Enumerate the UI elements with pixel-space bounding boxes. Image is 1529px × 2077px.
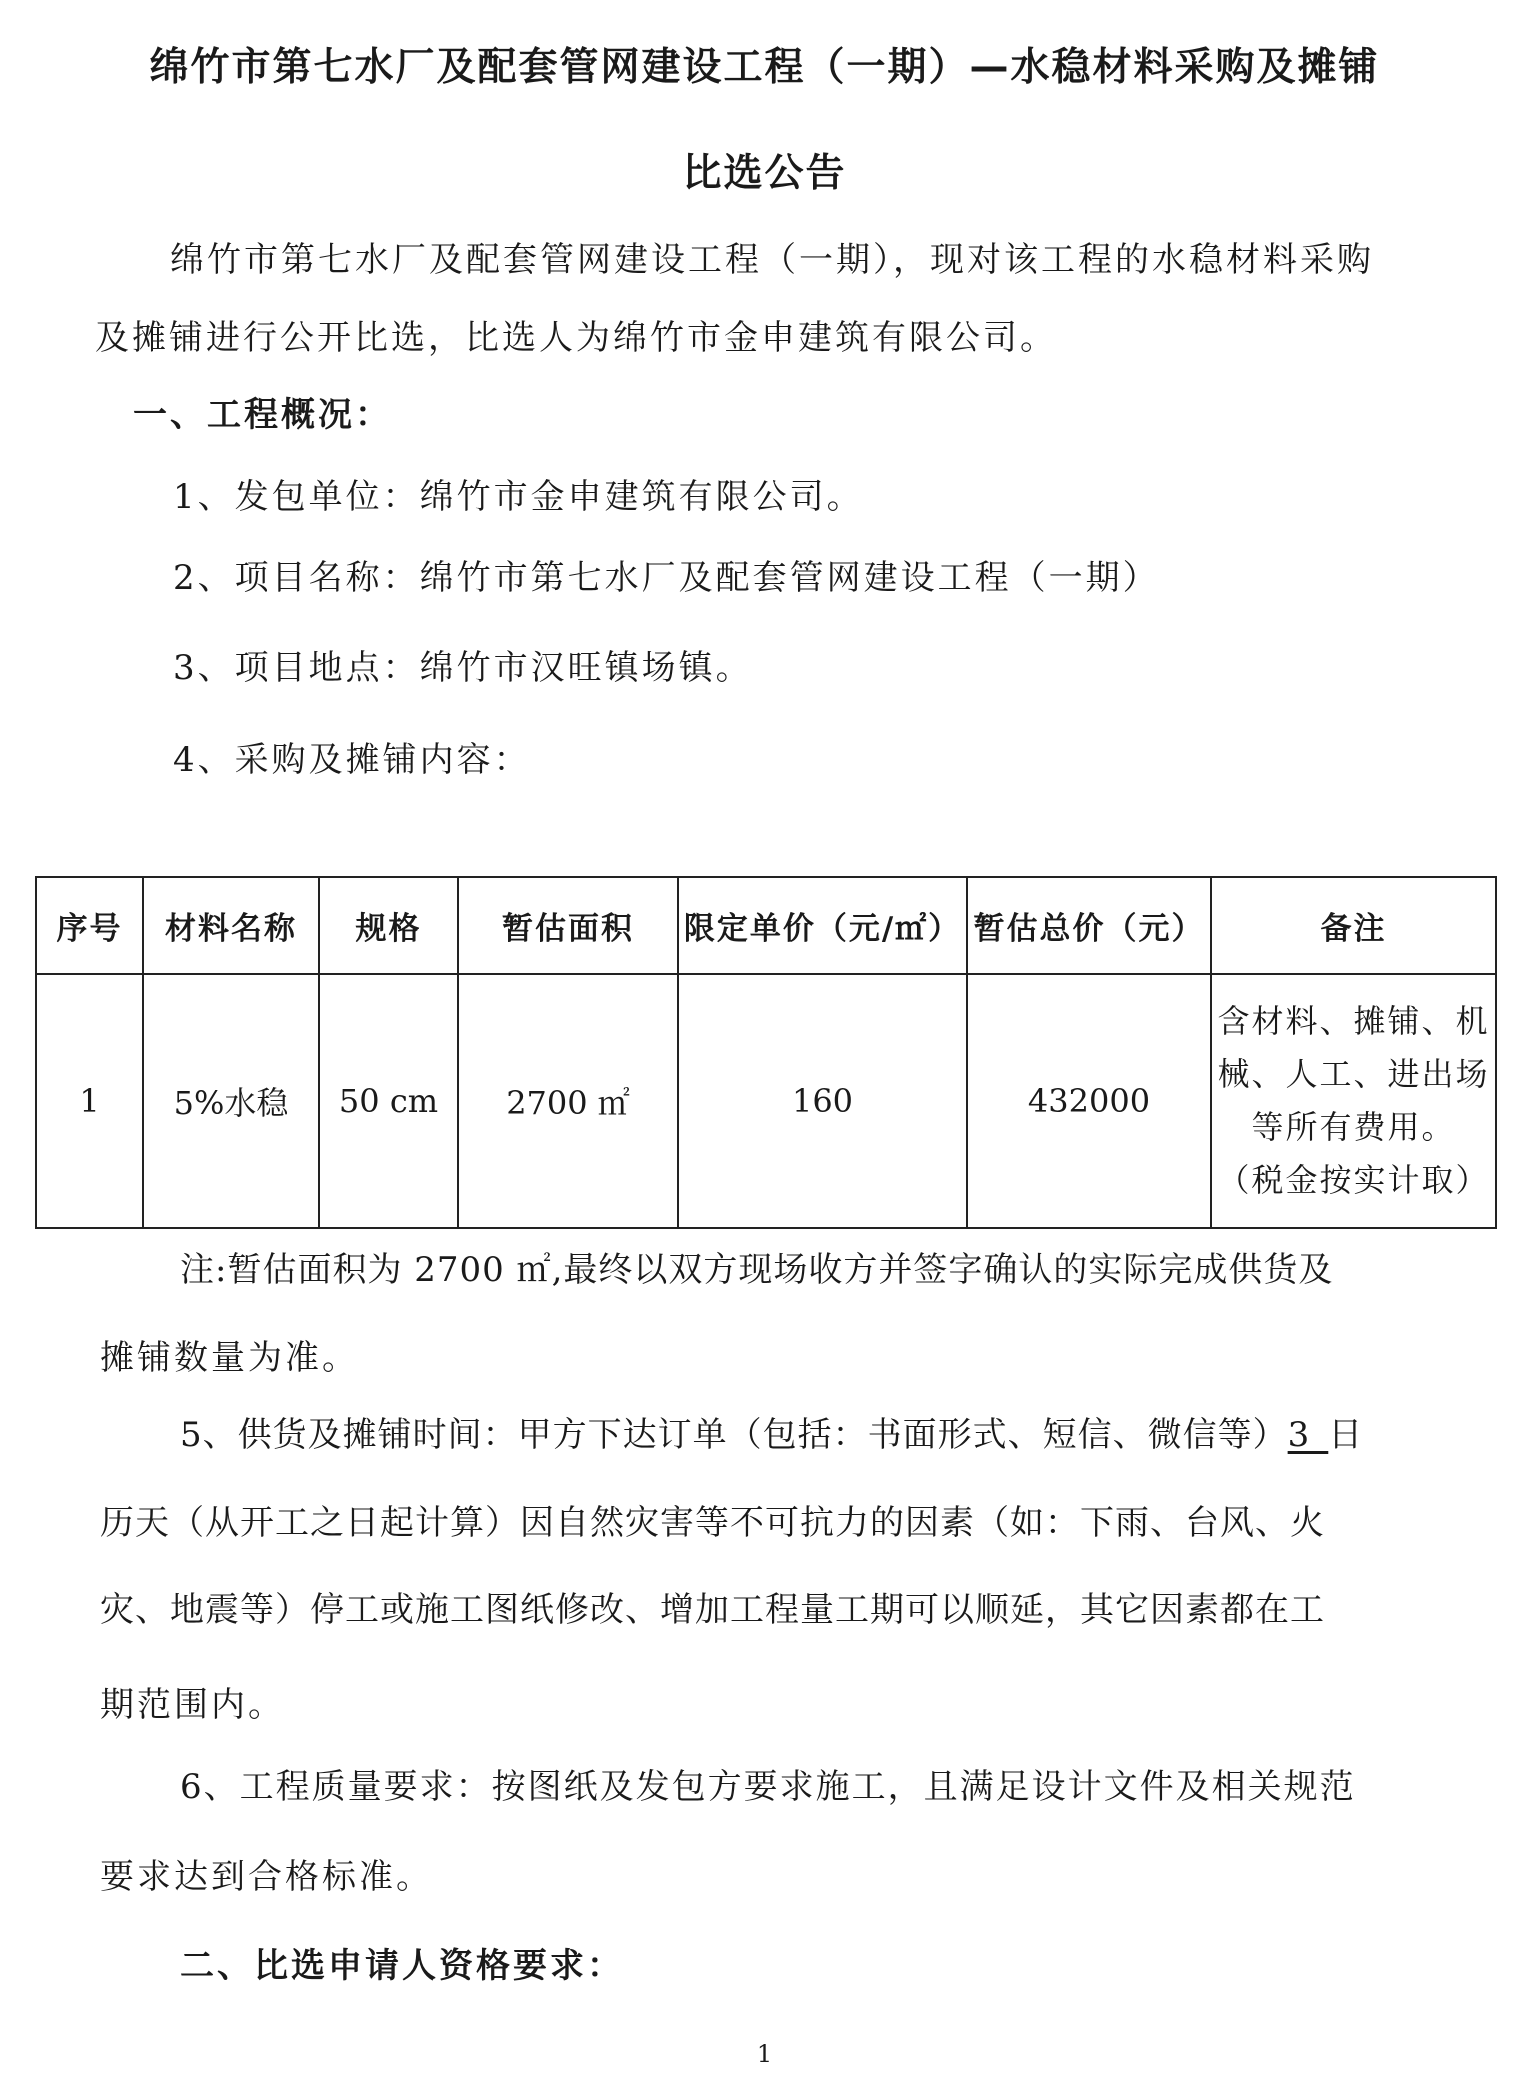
remark-line: 含材料、摊铺、机 [1212, 995, 1495, 1048]
item5-line4: 期范围内。 [100, 1685, 285, 1725]
procurement-table: 序号 材料名称 规格 暂估面积 限定单价（元/㎡） 暂估总价（元） 备注 1 5… [35, 876, 1497, 1229]
note-line2: 摊铺数量为准。 [100, 1338, 359, 1378]
intro-line1: 绵竹市第七水厂及配套管网建设工程（一期），现对该工程的水稳材料采购 [170, 240, 1374, 280]
header-total: 暂估总价（元） [967, 877, 1211, 974]
section1-item3: 3、项目地点：绵竹市汉旺镇场镇。 [173, 648, 753, 688]
cell-total: 432000 [967, 974, 1211, 1228]
item5-text-end: 日 [1328, 1415, 1363, 1455]
document-title-line1: 绵竹市第七水厂及配套管网建设工程（一期）—水稳材料采购及摊铺 [0, 44, 1529, 92]
section2-heading: 二、比选申请人资格要求： [180, 1946, 624, 1986]
cell-no: 1 [36, 974, 143, 1228]
header-material: 材料名称 [143, 877, 319, 974]
section1-item4: 4、采购及摊铺内容： [173, 740, 531, 780]
item5-line2: 历天（从开工之日起计算）因自然灾害等不可抗力的因素（如：下雨、台风、火 [100, 1503, 1325, 1543]
section1-heading: 一、工程概况： [133, 395, 392, 435]
document-title-line2: 比选公告 [0, 150, 1529, 198]
remark-line: 等所有费用。 [1212, 1101, 1495, 1154]
item6-line2: 要求达到合格标准。 [100, 1857, 433, 1897]
remark-line: 械、人工、进出场 [1212, 1048, 1495, 1101]
header-remark: 备注 [1211, 877, 1496, 974]
item5-text: 5、供货及摊铺时间：甲方下达订单（包括：书面形式、短信、微信等） [180, 1415, 1288, 1455]
cell-spec: 50 cm [319, 974, 458, 1228]
section1-item2: 2、项目名称：绵竹市第七水厂及配套管网建设工程（一期） [173, 558, 1160, 598]
note-line1: 注:暂估面积为 2700 ㎡,最终以双方现场收方并签字确认的实际完成供货及 [180, 1250, 1333, 1290]
table-header-row: 序号 材料名称 规格 暂估面积 限定单价（元/㎡） 暂估总价（元） 备注 [36, 877, 1496, 974]
item5-line3: 灾、地震等）停工或施工图纸修改、增加工程量工期可以顺延，其它因素都在工 [100, 1590, 1325, 1630]
cell-material: 5%水稳 [143, 974, 319, 1228]
table-row: 1 5%水稳 50 cm 2700 ㎡ 160 432000 含材料、摊铺、机 … [36, 974, 1496, 1228]
page-number: 1 [0, 2040, 1529, 2068]
cell-remark: 含材料、摊铺、机 械、人工、进出场 等所有费用。 （税金按实计取） [1211, 974, 1496, 1228]
section1-item1: 1、发包单位：绵竹市金申建筑有限公司。 [173, 477, 864, 517]
item5-days-underlined: 3_ [1288, 1415, 1329, 1455]
intro-line2: 及摊铺进行公开比选，比选人为绵竹市金申建筑有限公司。 [95, 318, 1057, 358]
header-unit-price: 限定单价（元/㎡） [678, 877, 967, 974]
cell-unit-price: 160 [678, 974, 967, 1228]
item6-line1: 6、工程质量要求：按图纸及发包方要求施工，且满足设计文件及相关规范 [180, 1767, 1356, 1807]
item5-line1: 5、供货及摊铺时间：甲方下达订单（包括：书面形式、短信、微信等）3_日 [180, 1415, 1363, 1455]
header-no: 序号 [36, 877, 143, 974]
header-spec: 规格 [319, 877, 458, 974]
cell-area: 2700 ㎡ [458, 974, 678, 1228]
header-area: 暂估面积 [458, 877, 678, 974]
remark-line: （税金按实计取） [1212, 1154, 1495, 1207]
